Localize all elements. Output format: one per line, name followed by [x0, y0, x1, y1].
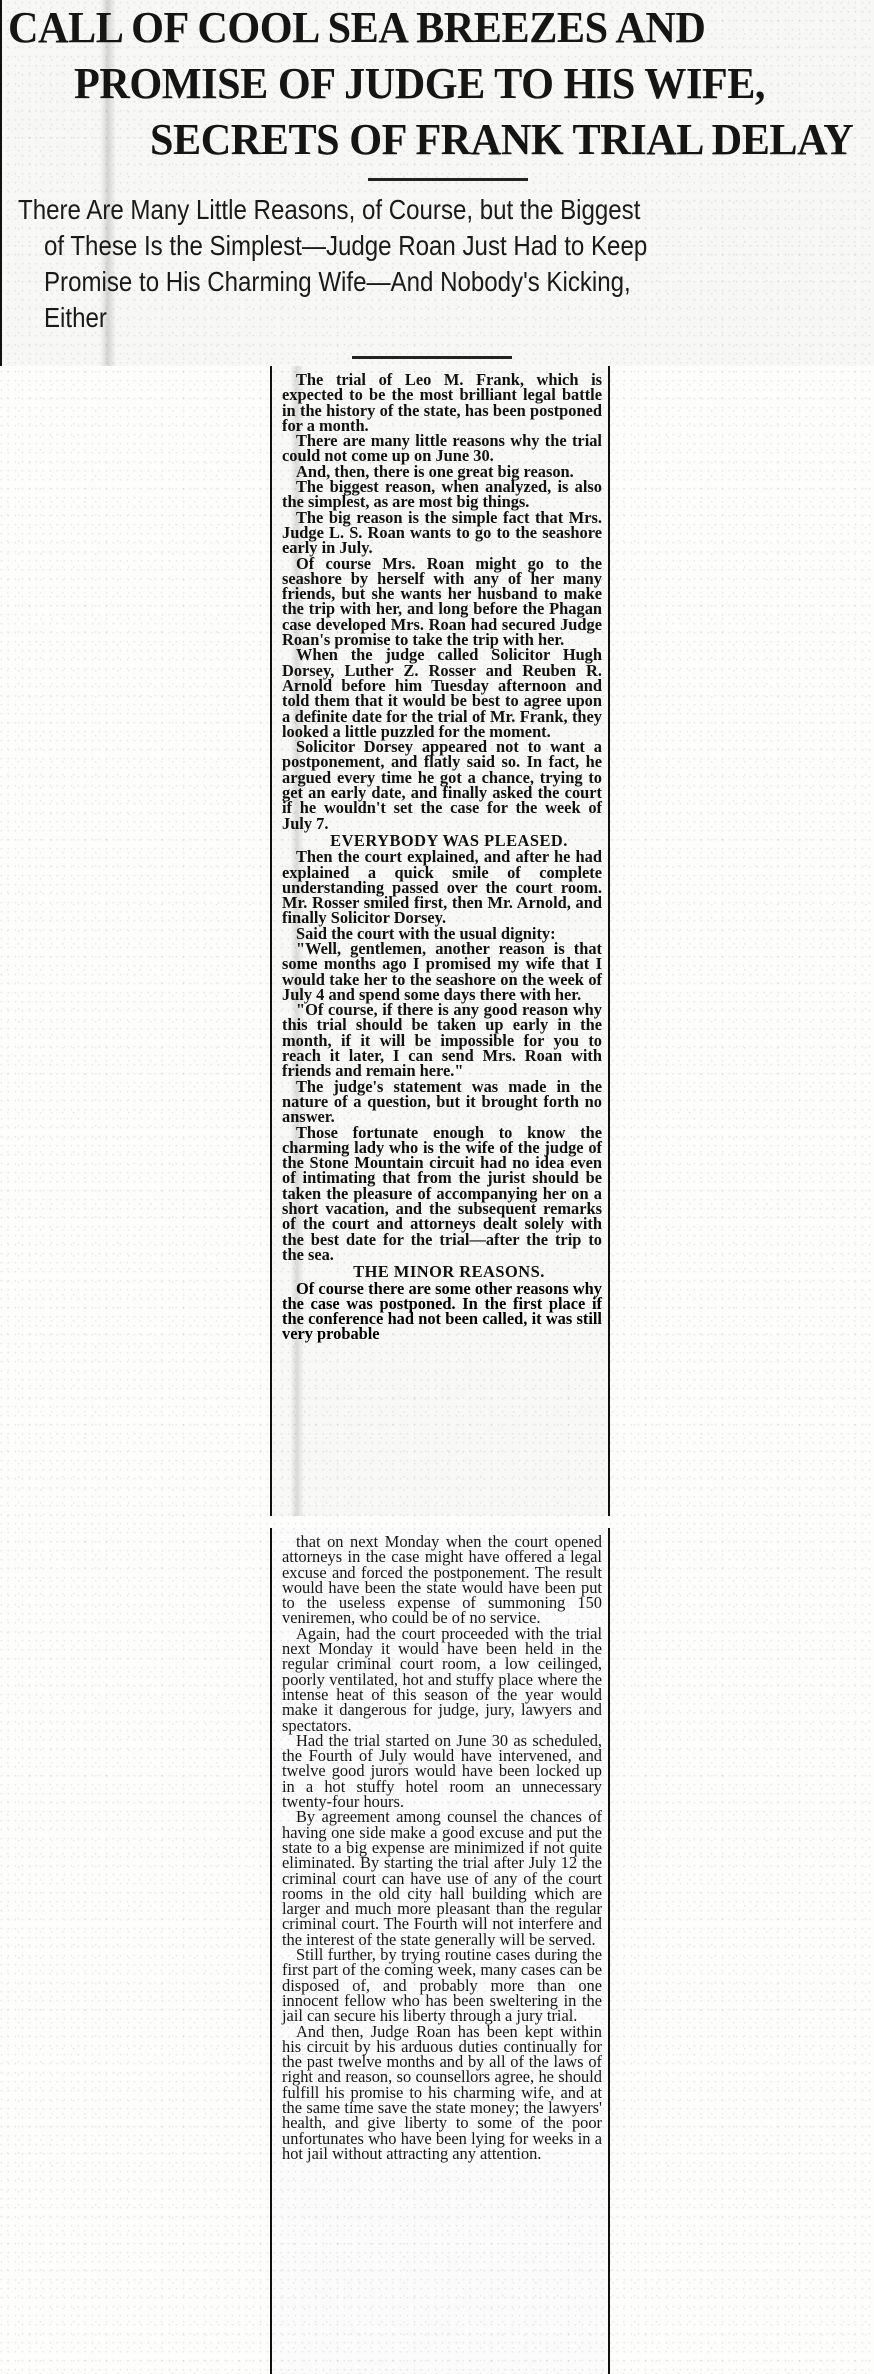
article-paragraph: Of course Mrs. Roan might go to the seas…	[282, 556, 602, 648]
divider-rule	[368, 178, 528, 181]
article-paragraph: The biggest reason, when analyzed, is al…	[282, 479, 602, 510]
article-paragraph: Of course there are some other reasons w…	[282, 1281, 602, 1342]
article-paragraph: Solicitor Dorsey appeared not to want a …	[282, 739, 602, 831]
deck-line-4: Either	[44, 300, 107, 336]
article-body-part-3: Of course there are some other reasons w…	[282, 1281, 602, 1342]
article-column-lower: that on next Monday when the court opene…	[270, 1528, 610, 2374]
article-paragraph: "Well, gentlemen, another reason is that…	[282, 941, 602, 1002]
subhead-everybody-pleased: EVERYBODY WAS PLEASED.	[282, 833, 602, 848]
subhead-minor-reasons: THE MINOR REASONS.	[282, 1264, 602, 1279]
deck-line-1: There Are Many Little Reasons, of Course…	[18, 192, 640, 228]
article-paragraph: There are many little reasons why the tr…	[282, 433, 602, 464]
article-paragraph: By agreement among counsel the chances o…	[282, 1809, 602, 1947]
article-paragraph: The trial of Leo M. Frank, which is expe…	[282, 372, 602, 433]
article-paragraph: The judge's statement was made in the na…	[282, 1079, 602, 1125]
headline-line-2: PROMISE OF JUDGE TO HIS WIFE,	[74, 58, 765, 109]
article-paragraph: When the judge called Solicitor Hugh Dor…	[282, 647, 602, 739]
headline-block: CALL OF COOL SEA BREEZES AND PROMISE OF …	[0, 0, 874, 366]
divider-rule	[352, 356, 512, 359]
article-paragraph: "Of course, if there is any good reason …	[282, 1002, 602, 1078]
article-paragraph: Then the court explained, and after he h…	[282, 849, 602, 925]
article-body-part-2: Then the court explained, and after he h…	[282, 849, 602, 1262]
article-column-upper: The trial of Leo M. Frank, which is expe…	[270, 366, 610, 1516]
article-body-part-1: The trial of Leo M. Frank, which is expe…	[282, 372, 602, 831]
deck-line-3: Promise to His Charming Wife—And Nobody'…	[44, 264, 631, 300]
newspaper-clipping: CALL OF COOL SEA BREEZES AND PROMISE OF …	[0, 0, 874, 2374]
article-paragraph: Had the trial started on June 30 as sche…	[282, 1733, 602, 1809]
article-paragraph: The big reason is the simple fact that M…	[282, 510, 602, 556]
article-paragraph: Again, had the court proceeded with the …	[282, 1626, 602, 1733]
article-paragraph: that on next Monday when the court opene…	[282, 1534, 602, 1626]
article-paragraph: Those fortunate enough to know the charm…	[282, 1125, 602, 1263]
headline-line-3: SECRETS OF FRANK TRIAL DELAY	[150, 114, 853, 165]
article-body-part-4: that on next Monday when the court opene…	[282, 1534, 602, 2161]
headline-line-1: CALL OF COOL SEA BREEZES AND	[8, 2, 705, 53]
article-paragraph: And then, Judge Roan has been kept withi…	[282, 2024, 602, 2162]
article-paragraph: Still further, by trying routine cases d…	[282, 1947, 602, 2023]
deck-line-2: of These Is the Simplest—Judge Roan Just…	[44, 228, 647, 264]
